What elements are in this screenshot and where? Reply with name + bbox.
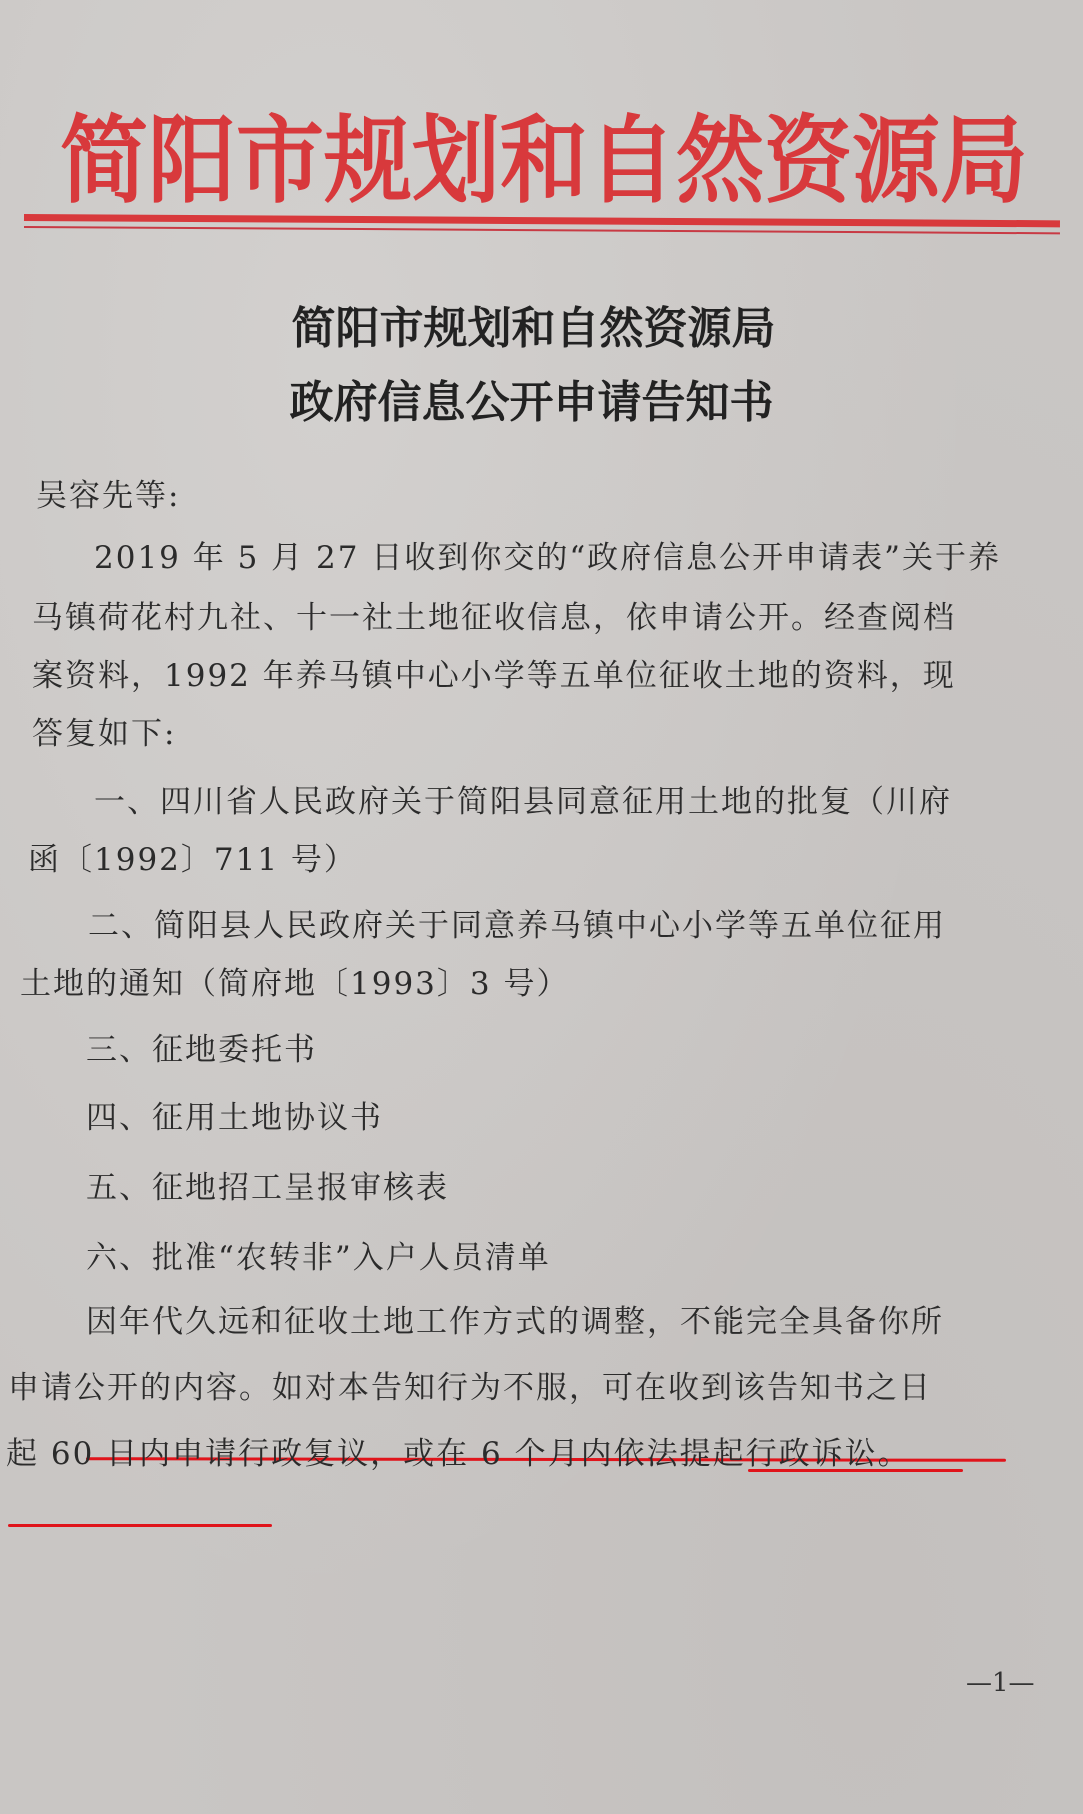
item-5: 五、征地招工呈报审核表 [86, 1162, 449, 1207]
page-number: —1— [966, 1668, 1035, 1698]
item-1-line2: 函〔1992〕711 号） [28, 834, 357, 879]
closing-line3: 起 60 日内申请行政复议，或在 6 个月内依法提起行政诉讼。 [6, 1428, 911, 1473]
letterhead-rule-thin [24, 226, 1060, 234]
document-title-line2: 政府信息公开申请告知书 [0, 366, 1073, 430]
item-2-line2: 土地的通知（简府地〔1993〕3 号） [20, 958, 569, 1003]
document-page: 简阳市规划和自然资源局 简阳市规划和自然资源局 政府信息公开申请告知书 吴容先等… [0, 0, 1083, 1814]
para1-line2: 马镇荷花村九社、十一社土地征收信息，依申请公开。经查阅档 [32, 592, 956, 637]
para1-line3: 案资料，1992 年养马镇中心小学等五单位征收土地的资料，现 [32, 650, 956, 695]
para1-line1: 2019 年 5 月 27 日收到你交的“政府信息公开申请表”关于养 [94, 532, 1001, 577]
closing-line1: 因年代久远和征收土地工作方式的调整，不能完全具备你所 [86, 1296, 944, 1341]
para1-line4: 答复如下: [32, 708, 176, 753]
item-4: 四、征用土地协议书 [86, 1092, 383, 1137]
item-3: 三、征地委托书 [86, 1024, 317, 1069]
item-6: 六、批准“农转非”入户人员清单 [86, 1232, 551, 1277]
item-1-line1: 一、四川省人民政府关于简阳县同意征用土地的批复（川府 [94, 776, 952, 821]
closing-line2: 申请公开的内容。如对本告知行为不服，可在收到该告知书之日 [8, 1362, 932, 1407]
red-underline-closing-line2 [8, 1524, 272, 1527]
salutation: 吴容先等: [36, 470, 180, 515]
item-2-line1: 二、简阳县人民政府关于同意养马镇中心小学等五单位征用 [88, 900, 946, 945]
letterhead-org-name: 简阳市规划和自然资源局 [60, 95, 1030, 225]
document-title-line1: 简阳市规划和自然资源局 [0, 292, 1075, 356]
